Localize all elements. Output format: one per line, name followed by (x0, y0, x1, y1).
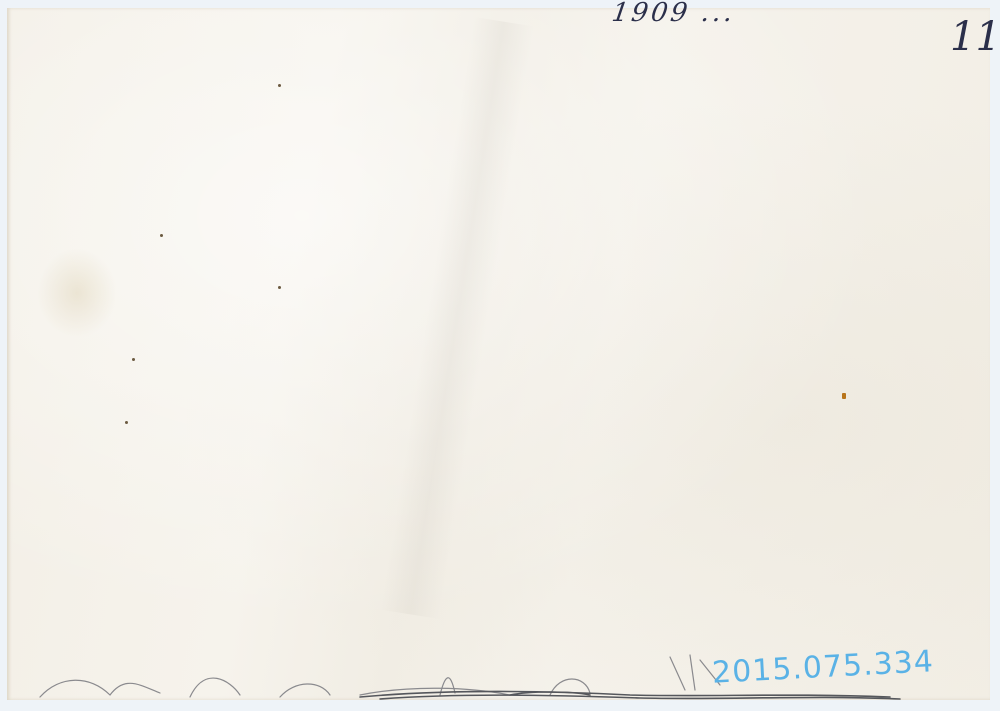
paper-stain (37, 248, 117, 338)
paper-speck (278, 84, 281, 87)
paper-streak (380, 17, 533, 619)
corner-handwritten-mark: 11 (950, 14, 1000, 60)
paper-speck (160, 234, 163, 237)
paper-speck (125, 421, 128, 424)
photo-back-paper (7, 8, 990, 700)
paper-speck (132, 358, 135, 361)
paper-speck (278, 286, 281, 289)
top-handwritten-inscription: 1909 ... (610, 0, 737, 28)
rust-speck (842, 393, 846, 399)
